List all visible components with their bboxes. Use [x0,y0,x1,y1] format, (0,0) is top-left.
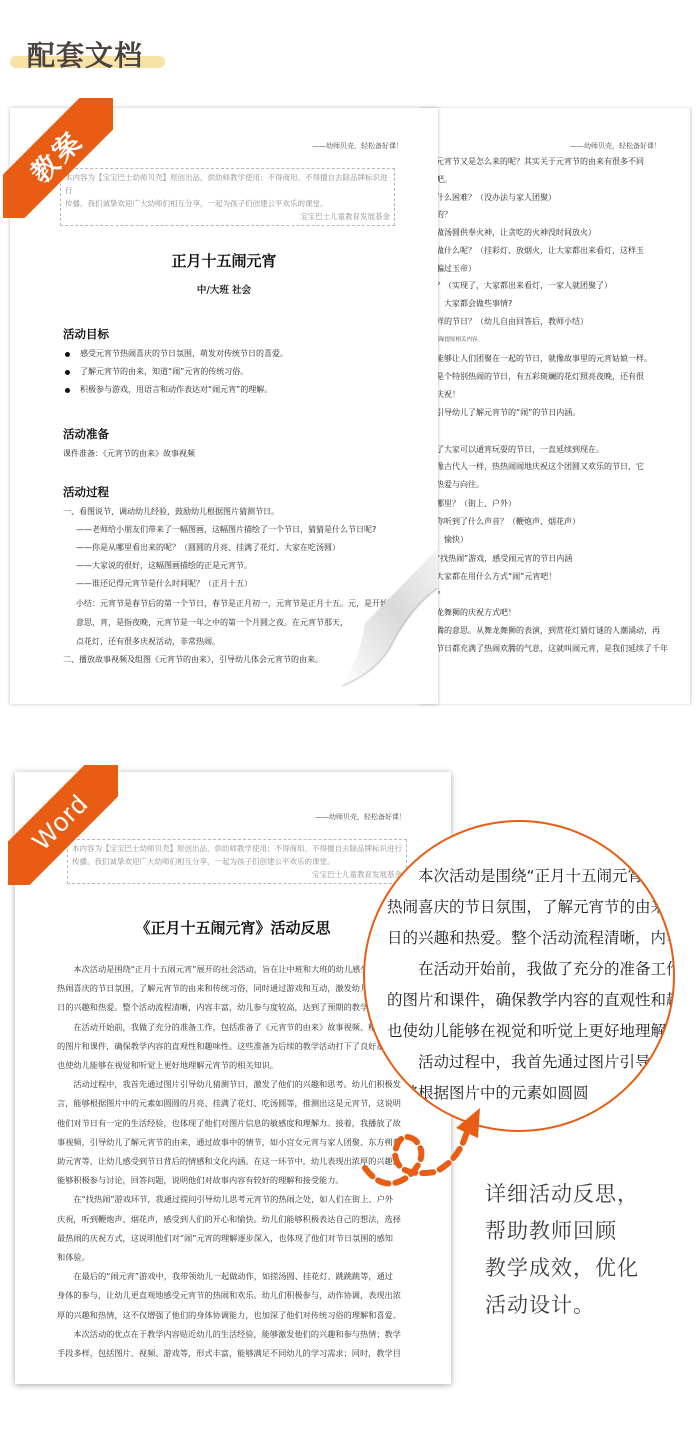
body-line: 本次活动的优点在于教学内容贴近幼儿的生活经验，能够激发他们的兴趣和参与热情；教学 [57,1329,401,1340]
document-title: 正月十五闹元宵 [10,250,438,271]
process-heading: 活动过程 [63,484,109,500]
notice-line: 本内容为【宝宝巴士幼师贝壳】原创出品，供幼师教学使用；不得商用、不得擅自去除品牌… [65,171,390,197]
body-line: ，引导幼儿了解元宵节的“闹”的节日内涵。 [428,407,580,418]
caption-line: 帮助教师回顾 [485,1213,639,1250]
ribbon-label: 教案 [3,98,113,218]
magnified-line: 在活动开始前，我做了充分的准备工作， [387,957,675,979]
body-line: ？你听到了什么声音？（鞭炮声、烟花声） [428,516,580,527]
body-line: 最热闹的庆祝方式，这说明他们对“闹”元宵的理解逐步深入，也体现了他们对节日氛围的… [57,1233,393,1244]
body-line: ？元宵节又是怎么来的呢？其实关于元宵节的由来有很多不同 [428,156,644,167]
process-line: ——你是从哪里看出来的呢？（圆圆的月亮、挂满了花灯、大家在吃汤圆） [76,542,340,553]
dashed-arrow-icon [360,1100,480,1210]
feature-caption: 详细活动反思， 帮助教师回顾 教学成效，优化 活动设计。 [485,1176,639,1324]
ribbon-label: Word [8,765,118,885]
notice-line: 传播。我们诚挚欢迎广大幼师们相互分享，一起为孩子们创建公平欢乐的课堂。 [72,855,402,868]
section-title: 配套文档 [10,32,165,74]
lesson-plan-ribbon: 教案 [3,98,113,218]
body-line: 上，大家都会做些事情? [428,298,512,309]
body-line: 热闹喜庆的节日氛围，了解元宵节的由来和传统习俗，同时通过游戏和互动，激发幼儿对节 [57,983,385,994]
body-line: 么样的节日？（幼儿自由回答后，教师小结） [428,316,588,327]
process-line: 一、看图说节，调动幼儿经验，鼓励幼儿根据图片猜测节日。 [63,506,279,517]
body-line: 成了大家可以通宵玩耍的节日，一直延续到现在。 [428,444,604,455]
word-ribbon: Word [8,765,118,885]
body-line: 吗？（实现了，大家都出来看灯，一家人就团聚了） [428,280,612,291]
notice-signature: 宝宝巴士儿童教育发展基金 [72,868,402,881]
copyright-notice: 本内容为【宝宝巴士幼师贝壳】原创出品，供幼师教学使用；不得商用、不得擅自去除品牌… [67,839,407,884]
body-line: 本次活动是围绕“正月十五闹元宵”展开的社会活动，旨在让中班和大班的幼儿感受 [57,964,368,975]
body-line: 活动过程中，我首先通过图片引导幼儿猜测节日，激发了他们的兴趣和思考。幼儿们积极发 [57,1079,401,1090]
goal-item: 了解元宵节的由来，知道“闹”元宵的传统习俗。 [80,366,248,377]
page-slogan: ——幼师贝壳，轻松备好课！ [570,141,661,151]
process-line: ——谁还记得元宵节是什么时间呢？（正月十五） [76,578,252,589]
body-line: 言，能够根据图片中的元素如圆圆的月亮、挂满了花灯、吃汤圆等，推测出这是元宵节，这… [57,1098,401,1109]
body-line: 在哪里？（街上、户外） [428,498,516,509]
body-line: ，大家都在用什么方式“闹”元宵吧！ [428,571,556,582]
body-line: 个节日都充满了热闹欢腾的气息，这就叫闹元宵，是我们延续了千年 [428,643,668,654]
magnified-line: 也使幼儿能够在视觉和听觉上更好地理解元 [387,1019,675,1041]
page-slogan: ——幼师贝壳，轻松备好课！ [315,812,406,822]
page-slogan: ——幼师贝壳，轻松备好课！ [312,141,403,151]
body-line: 在最后的“闹元宵”游戏中，我带领幼儿一起做动作，如搓汤圆、挂花灯、跳跳跳等，通过 [57,1271,393,1282]
magnifier-zoom: 本次活动是围绕“正月十五闹元宵热闹喜庆的节日氛围，了解元宵节的由来和日的兴趣和热… [363,820,675,1132]
magnified-line: 本次活动是围绕“正月十五闹元宵 [387,864,643,886]
body-line: 欢腾的意思。从舞龙舞狮的表演，到赏花灯猜灯谜的人潮涌动，再 [428,625,660,636]
notice-line: 传播。我们诚挚欢迎广大幼师们相互分享，一起为孩子们创建公平欢乐的课堂。 [65,197,390,210]
process-line: ——老师给小朋友们带来了一幅图画，这幅图片描绘了一个节日，猜猜是什么节日呢? [76,524,376,535]
goals-heading: 活动目标 [63,326,109,342]
magnified-line: 日的兴趣和热爱。整个活动流程清晰，内容丰 [387,926,675,948]
caption-line: 详细活动反思， [485,1176,639,1213]
body-line: 在活动开始前，我做了充分的准备工作，包括准备了《元宵节的由来》故事视频、精美 [57,1022,385,1033]
body-line: 他们对节日有一定的生活经验，也体现了他们对图片信息的敏感度和理解力。接着，我播放… [57,1118,401,1129]
process-line: 二、播放故事视频及组图《元宵节的由来》，引导幼儿体会元宵节的由来。 [63,654,323,665]
document-subtitle: 中/大班 社会 [10,282,438,296]
body-line: 了什么困难？（没办法与家人团聚） [428,192,556,203]
body-line: 厚的兴趣和热情，这不仅增强了他们的身体协调能力，也加深了他们对传统习俗的理解和喜… [57,1310,401,1321]
body-line: 庆祝，听到鞭炮声、烟花声，感受到人们的开心和愉快。幼儿们能够积极表达自己的想法，… [57,1214,401,1225]
body-line: 日的兴趣和热爱。整个活动流程清晰，内容丰富，幼儿参与度较高，达到了预期的教学目标… [57,1002,393,1013]
body-line: 身体的参与，让幼儿更直观地感受元宵节的热闹和欢乐。幼儿们积极参与，动作协调，表现… [57,1290,401,1301]
caption-line: 教学成效，优化 [485,1250,639,1287]
body-line: 舞龙舞狮的庆祝方式吧！ [428,607,516,618]
bullet-icon [65,388,70,393]
bullet-icon [65,352,70,357]
body-line: ，能够让人们团聚在一起的节日，就像故事里的元宵姑娘一样。 [428,353,652,364]
body-line: （做汤圆供奉火神，让贪吃的火神没时间放火） [428,227,596,238]
body-line: 在“找热闹”游戏环节，我通过提问引导幼儿思考元宵节的热闹之处，如人们在街上、户外 [57,1194,393,1205]
notice-signature: 宝宝巴士儿童教育发展基金 [65,210,390,223]
body-line: 手段多样，包括图片、视频、游戏等，形式丰富，能够满足不同幼儿的学习需求；同时，教… [57,1348,401,1359]
lesson-plan-page-2: ——幼师贝壳，轻松备好课！ ？元宵节又是怎么来的呢？其实关于元宵节的由来有很多不… [420,108,690,704]
goal-item: 感受元宵节热闹喜庆的节日氛围，萌发对传统节日的喜爱。 [80,348,288,359]
body-line: 能够积极参与讨论，回答问题，说明他们对故事内容有较好的理解和接受能力。 [57,1175,344,1186]
process-line: 意思，宵，是指夜晚，元宵节是一年之中的第一个月圆之夜。在元宵节那天， [76,617,348,628]
body-line: 玩“找热闹”游戏，感受闹元宵的节日内涵 [428,553,572,564]
body-line: 事视频，引导幼儿了解元宵节的由来，通过故事中的情节，如小宫女元宵与家人团聚、东方… [57,1137,401,1148]
page-curl-icon [330,548,440,688]
magnified-line: 的图片和课件，确保教学内容的直观性和趣味 [387,988,675,1010]
body-line: 助元宵等，让幼儿感受到节日背后的情感和文化内涵。在这一环节中，幼儿表现出浓厚的兴… [57,1156,401,1167]
bullet-icon [65,370,70,375]
section-title-text: 配套文档 [27,34,143,74]
body-line: 和体验。 [57,1252,90,1263]
preparation-text: 课件准备：《元宵节的由来》故事视频 [63,448,195,459]
preparation-heading: 活动准备 [63,426,109,442]
body-line: 也使幼儿能够在视觉和听觉上更好地理解元宵节的相关知识。 [57,1060,278,1071]
caption-line: 活动设计。 [485,1287,639,1324]
magnified-line: 热闹喜庆的节日氛围，了解元宵节的由来和 [387,895,675,917]
goal-item: 积极参与游戏，用语言和动作表达对“闹元宵”的理解。 [80,384,272,395]
process-line: ——大家说的很好，这幅图画描绘的正是元宵节。 [76,560,252,571]
notice-line: 本内容为【宝宝巴士幼师贝壳】原创出品，供幼师教学使用；不得商用、不得擅自去除品牌… [72,842,402,855]
body-line: 要像古代人一样，热热闹闹地庆祝这个团圆又欢乐的节日，它 [428,461,644,472]
body-line: 更是个特别热闹的节日，有五彩斑斓的花灯照亮夜晚，还有很 [428,371,644,382]
process-line: 点花灯，还有很多庆祝活动，非常热闹。 [76,636,220,647]
body-line: 要做什么呢？（挂彩灯、放烟火，让大家都出来看灯，这样玉 [428,245,644,256]
magnified-line: 活动过程中，我首先通过图片引导 [387,1050,651,1072]
body-line: 的图片和课件，确保教学内容的直观性和趣味性。这些准备为后续的教学活动打下了良好基… [57,1041,401,1052]
